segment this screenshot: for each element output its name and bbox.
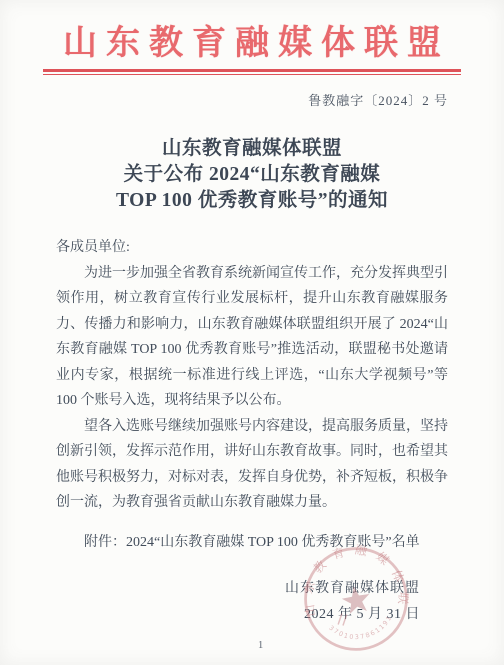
red-divider [43, 69, 461, 75]
notice-title: 山东教育融媒体联盟 关于公布 2024“山东教育融媒 TOP 100 优秀教育账… [56, 136, 448, 214]
salutation: 各成员单位: [56, 235, 448, 261]
notice-body: 各成员单位: 为进一步加强全省教育系统新闻宣传工作，充分发挥典型引领作用，树立教… [56, 235, 448, 555]
page-number: 1 [258, 640, 263, 651]
notice-title-line-3: TOP 100 优秀教育账号”的通知 [56, 188, 448, 214]
signature-block: 山东教育融媒体联盟 2024 年 5 月 31 日 [56, 576, 448, 628]
signature-date: 2024 年 5 月 31 日 [56, 602, 420, 628]
notice-title-line-2: 关于公布 2024“山东教育融媒 [56, 162, 448, 188]
body-paragraph-1: 为进一步加强全省教育系统新闻宣传工作，充分发挥典型引领作用，树立教育宣传行业发展… [56, 261, 448, 414]
notice-page: 山东教育融媒体联盟 鲁教融字〔2024〕2 号 山东教育融媒体联盟 关于公布 2… [0, 0, 504, 665]
body-paragraph-2: 望各入选账号继续加强账号内容建设，提高服务质量，坚持创新引领，发挥示范作用，讲好… [56, 414, 448, 516]
red-divider-thick-line [43, 69, 461, 72]
attachment-line: 附件：2024“山东教育融媒 TOP 100 优秀教育账号”名单 [56, 530, 448, 556]
signature-org: 山东教育融媒体联盟 [56, 576, 420, 602]
notice-title-line-1: 山东教育融媒体联盟 [56, 136, 448, 162]
red-divider-thin-line [43, 74, 461, 75]
masthead-title: 山东教育融媒体联盟 [56, 0, 457, 64]
document-number: 鲁教融字〔2024〕2 号 [56, 90, 448, 109]
